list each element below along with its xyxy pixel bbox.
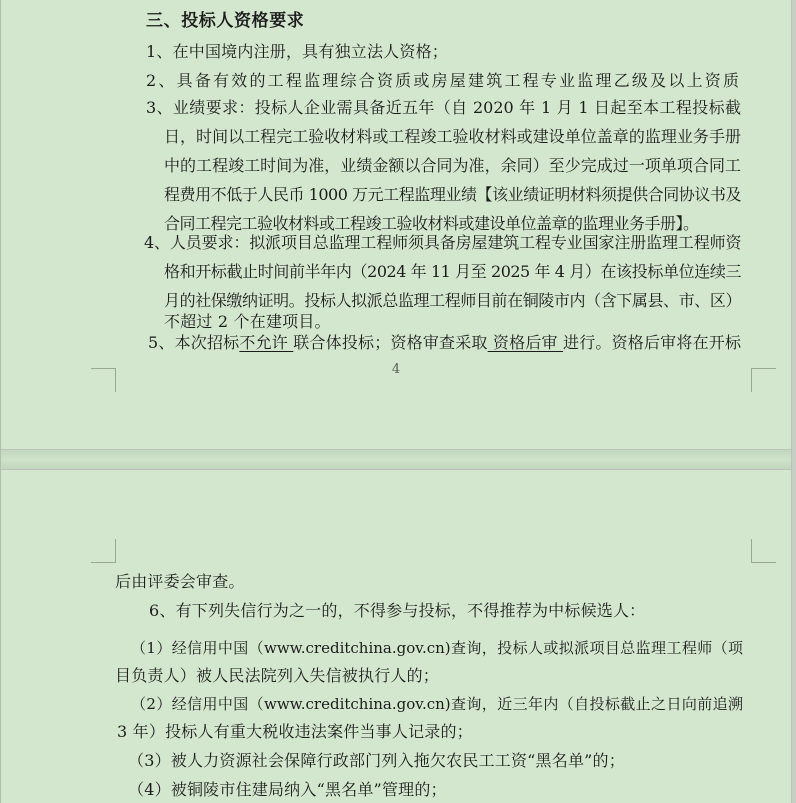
margin-mark-bottom-right-h (751, 368, 776, 369)
document-page-5[interactable]: 后由评委会审查。 6、有下列失信行为之一的，不得参与投标，不得推荐为中标候选人：… (1, 469, 791, 803)
margin-mark-top-right-v (751, 539, 752, 562)
para-item4-line4: 不超过 2 个在建项目。 (164, 311, 331, 333)
para-sub1-line2: 目负责人）被人民法院列入失信被执行人的； (115, 665, 439, 687)
para-item4-line1: 4、人员要求：拟派项目总监理工程师须具备房屋建筑工程专业国家注册监理工程师资 (144, 232, 741, 254)
section-heading: 三、投标人资格要求 (146, 10, 304, 32)
margin-mark-bottom-left-h (91, 368, 116, 369)
para-sub2-line2: 3 年）投标人有重大税收违法案件当事人记录的； (117, 721, 473, 743)
para-sub4: （4）被铜陵市住建局纳入“黑名单”管理的； (128, 779, 447, 801)
canvas-right-edge (791, 0, 796, 803)
document-editor-canvas: { "colors": { "page_background": "#d3e6c… (0, 0, 796, 803)
margin-mark-top-right-h (751, 562, 776, 563)
para-item3-line4: 程费用不低于人民币 1000 万元工程监理业绩【该业绩证明材料须提供合同协议书及 (164, 184, 741, 206)
para-sub3: （3）被人力资源社会保障行政部门列入拖欠农民工工资“黑名单”的； (128, 750, 625, 772)
item5-text: 进行。资格后审将在开标 (563, 333, 741, 352)
para-item3-line2: 日，时间以工程完工验收材料或工程竣工验收材料或建设单位盖章的监理业务手册 (164, 126, 741, 148)
para-item4-line2: 格和开标截止时间前半年内（2024 年 11 月至 2025 年 4 月）在该投… (164, 261, 741, 283)
margin-mark-top-left-h (91, 562, 116, 563)
margin-mark-bottom-right-v (751, 368, 752, 392)
item5-underlined-not-allowed: 不允许 (239, 333, 293, 352)
page-number: 4 (1, 362, 791, 377)
margin-mark-bottom-left-v (115, 368, 116, 392)
para-item4-line3: 月的社保缴纳证明。投标人拟派总监理工程师目前在铜陵市内（含下属县、市、区） (164, 290, 741, 312)
para-sub1-line1: （1）经信用中国（www.creditchina.gov.cn)查询，投标人或拟… (131, 637, 743, 659)
para-sub2-line1: （2）经信用中国（www.creditchina.gov.cn)查询，近三年内（… (131, 693, 743, 715)
item5-text: 5、本次招标 (148, 333, 239, 352)
para-item6: 6、有下列失信行为之一的，不得参与投标，不得推荐为中标候选人： (149, 600, 645, 622)
page-left-edge (0, 0, 1, 803)
para-item1: 1、在中国境内注册，具有独立法人资格； (146, 41, 448, 63)
para-item3-line1: 3、业绩要求：投标人企业需具备近五年（自 2020 年 1 月 1 日起至本工程… (146, 97, 741, 119)
margin-mark-top-left-v (115, 539, 116, 562)
para-item5-continuation: 后由评委会审查。 (115, 571, 245, 593)
para-item2: 2、具备有效的工程监理综合资质或房屋建筑工程专业监理乙级及以上资质 (146, 70, 739, 92)
item5-text: 联合体投标；资格审查采取 (293, 333, 487, 352)
para-item3-line3: 中的工程竣工时间为准，业绩金额以合同为准，余同）至少完成过一项单项合同工 (164, 155, 741, 177)
page-gap (0, 450, 796, 469)
para-item5-line1: 5、本次招标不允许 联合体投标；资格审查采取 资格后审 进行。资格后审将在开标 (148, 332, 741, 354)
document-page-4[interactable]: 三、投标人资格要求 1、在中国境内注册，具有独立法人资格； 2、具备有效的工程监… (1, 0, 791, 450)
item5-underlined-post-qualification: 资格后审 (488, 333, 563, 352)
